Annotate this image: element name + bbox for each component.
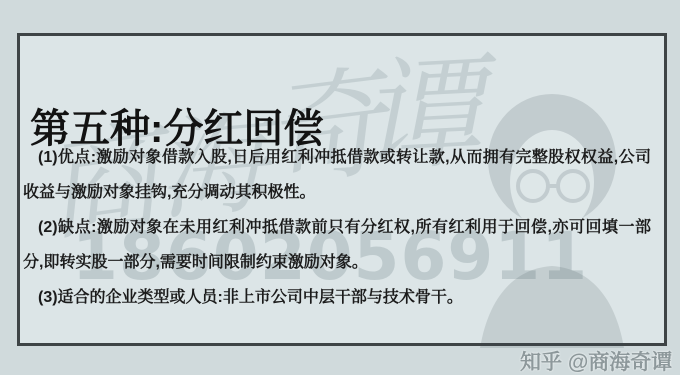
slide-body: (1)优点:激励对象借款入股,日后用红利冲抵借款或转让款,从而拥有完整股权权益,… xyxy=(23,140,651,315)
point-2-disadvantages: (2)缺点:激励对象在未用红利冲抵借款前只有分红权,所有红利用于回偿,亦可回填一… xyxy=(23,210,651,280)
point-1-advantages: (1)优点:激励对象借款入股,日后用红利冲抵借款或转让款,从而拥有完整股权权益,… xyxy=(23,140,651,210)
zhihu-author-credit: 知乎 @商海奇谭 xyxy=(520,346,672,375)
slide-stage: 商 海 奇 谭 18602056911 第五种:分红回偿 (1)优点:激励对象借… xyxy=(0,0,680,375)
point-3-suitable-companies: (3)适合的企业类型或人员:非上市公司中层干部与技术骨干。 xyxy=(23,280,651,315)
